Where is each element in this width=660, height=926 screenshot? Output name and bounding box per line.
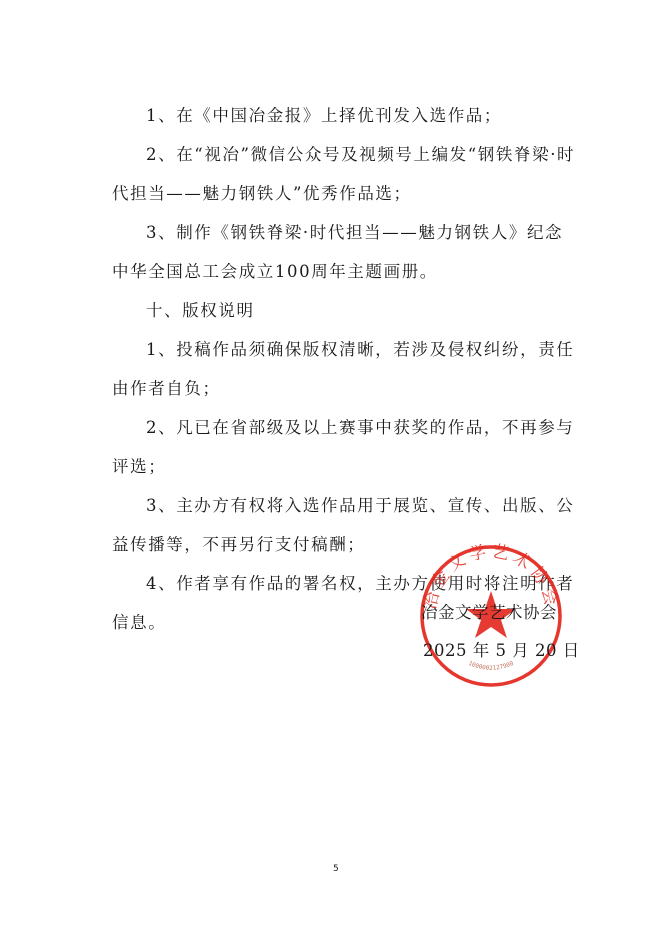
paragraph-line: 由作者自负； xyxy=(112,369,221,408)
document-page: 1、在《中国冶金报》上择优刊发入选作品； 2、在“视冶”微信公众号及视频号上编发… xyxy=(0,0,660,926)
paragraph-line: 评选； xyxy=(112,447,166,486)
paragraph-line: 3、制作《钢铁脊梁·时代担当——魅力钢铁人》纪念 xyxy=(146,213,563,252)
page-number: 5 xyxy=(333,864,339,874)
paragraph-line: 益传播等，不再另行支付稿酬； xyxy=(112,525,365,564)
svg-text:1000002127900: 1000002127900 xyxy=(467,660,515,672)
paragraph-line: 1、在《中国冶金报》上择优刊发入选作品； xyxy=(146,96,502,135)
paragraph-line: 中华全国总工会成立100周年主题画册。 xyxy=(112,252,438,291)
paragraph-line: 3、主办方有权将入选作品用于展览、宣传、出版、公 xyxy=(146,486,574,525)
paragraph-line: 2、在“视冶”微信公众号及视频号上编发“钢铁脊梁·时 xyxy=(146,135,575,174)
section-heading: 十、版权说明 xyxy=(146,291,255,330)
paragraph-line: 2、凡已在省部级及以上赛事中获奖的作品，不再参与 xyxy=(146,408,574,447)
paragraph-line: 代担当——魅力钢铁人”优秀作品选； xyxy=(112,174,412,213)
paragraph-line: 信息。 xyxy=(112,603,166,642)
paragraph-line: 1、投稿作品须确保版权清晰，若涉及侵权纠纷，责任 xyxy=(146,330,574,369)
signature-organization: 冶金文学艺术协会 xyxy=(421,599,557,623)
signature-date: 2025 年 5 月 20 日 xyxy=(423,637,580,661)
